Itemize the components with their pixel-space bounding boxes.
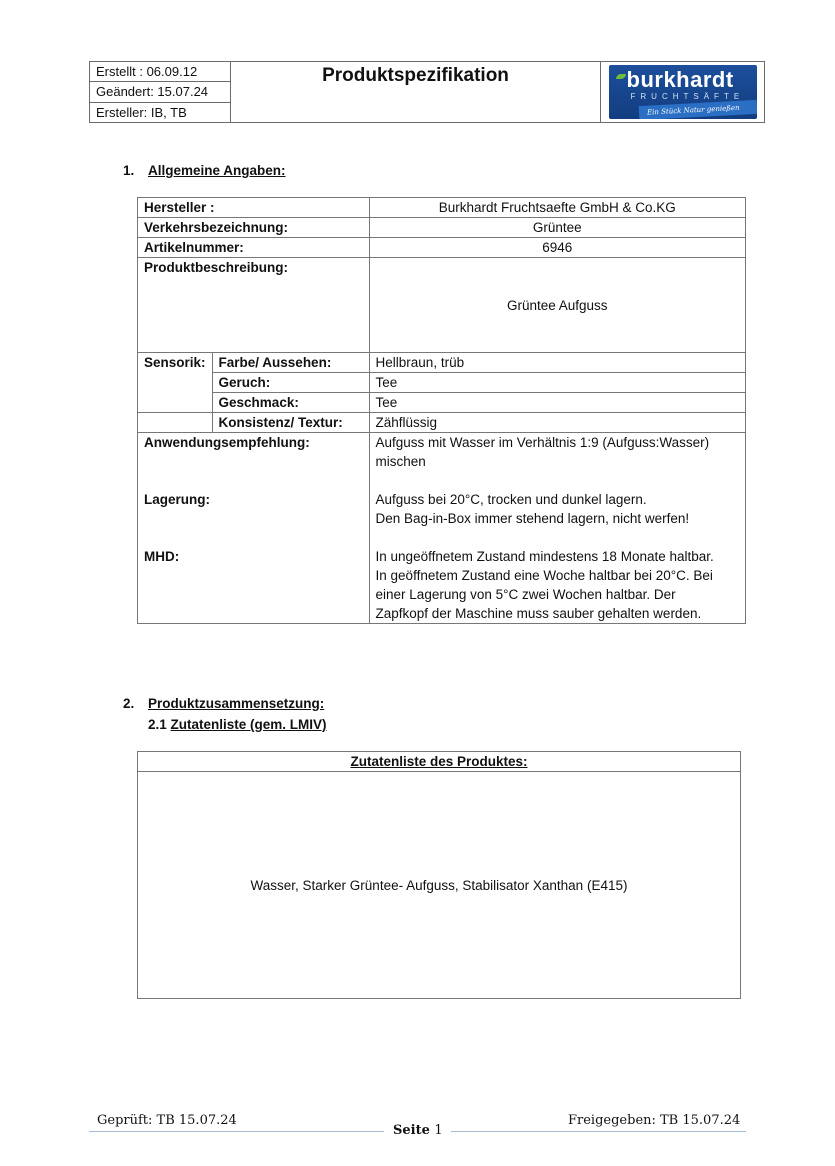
table-row: Wasser, Starker Grüntee- Aufguss, Stabil… [138, 772, 741, 999]
logo-slogan: Ein Stück Natur genießen [638, 100, 756, 119]
usage-storage-mhd-values: Aufguss mit Wasser im Verhältnis 1:9 (Au… [369, 433, 745, 624]
ingredients-header: Zutatenliste des Produktes: [138, 752, 741, 772]
logo-subtitle: FRUCHTSÄFTE [631, 92, 745, 101]
footer-line-right [451, 1131, 746, 1132]
table-row: Zutatenliste des Produktes: [138, 752, 741, 772]
table-row: Artikelnummer: 6946 [138, 238, 746, 258]
shelf-life-line: In ungeöffnetem Zustand mindestens 18 Mo… [376, 547, 739, 566]
section-title: Produktzusammensetzung: [148, 696, 324, 711]
table-row: Konsistenz/ Textur: Zähflüssig [138, 413, 746, 433]
sensory-item-value: Tee [369, 393, 745, 413]
footer-checked: Geprüft: TB 15.07.24 [97, 1113, 237, 1128]
usage-storage-mhd-labels: Anwendungsempfehlung: Lagerung: MHD: [138, 433, 370, 624]
page-number: 1 [434, 1123, 442, 1138]
subsection-2-1-heading: 2.1 Zutatenliste (gem. LMIV) [148, 717, 327, 732]
trade-name-value: Grüntee [369, 218, 745, 238]
footer-line-left [89, 1131, 384, 1132]
section-number: 2. [123, 696, 148, 711]
section-number: 1. [123, 163, 148, 178]
ingredients-table: Zutatenliste des Produktes: Wasser, Star… [137, 751, 741, 999]
description-label: Produktbeschreibung: [138, 258, 370, 353]
ingredients-list: Wasser, Starker Grüntee- Aufguss, Stabil… [138, 772, 741, 999]
storage-label: Lagerung: [144, 490, 363, 509]
usage-label: Anwendungsempfehlung: [144, 433, 363, 452]
sensory-item-value: Tee [369, 373, 745, 393]
storage-line: Den Bag-in-Box immer stehend lagern, nic… [376, 509, 739, 528]
sensory-item-label: Konsistenz/ Textur: [212, 413, 369, 433]
table-row: Geruch: Tee [138, 373, 746, 393]
changed-date: Geändert: 15.07.24 [90, 82, 230, 102]
general-info-table: Hersteller : Burkhardt Fruchtsaefte GmbH… [137, 197, 746, 624]
storage-line: Aufguss bei 20°C, trocken und dunkel lag… [376, 490, 739, 509]
trade-name-label: Verkehrsbezeichnung: [138, 218, 370, 238]
author: Ersteller: IB, TB [90, 103, 230, 122]
table-row: Hersteller : Burkhardt Fruchtsaefte GmbH… [138, 198, 746, 218]
section-1-heading: 1.Allgemeine Angaben: [123, 163, 286, 178]
description-value: Grüntee Aufguss [369, 258, 745, 353]
table-row: Sensorik: Farbe/ Aussehen: Hellbraun, tr… [138, 353, 746, 373]
table-row: Verkehrsbezeichnung: Grüntee [138, 218, 746, 238]
logo-brand: burkhardt [627, 67, 734, 93]
sensory-item-value: Zähflüssig [369, 413, 745, 433]
document-header: Erstellt : 06.09.12 Geändert: 15.07.24 E… [89, 61, 765, 123]
subsection-number: 2.1 [148, 717, 167, 732]
table-row: Anwendungsempfehlung: Lagerung: MHD: Auf… [138, 433, 746, 624]
manufacturer-label: Hersteller : [138, 198, 370, 218]
sensory-item-value: Hellbraun, trüb [369, 353, 745, 373]
logo-cell: burkhardt FRUCHTSÄFTE Ein Stück Natur ge… [601, 62, 764, 122]
table-row: Geschmack: Tee [138, 393, 746, 413]
subsection-title: Zutatenliste (gem. LMIV) [171, 717, 327, 732]
sensory-item-label: Geruch: [212, 373, 369, 393]
shelf-life-line: Zapfkopf der Maschine muss sauber gehalt… [376, 604, 739, 623]
manufacturer-value: Burkhardt Fruchtsaefte GmbH & Co.KG [369, 198, 745, 218]
footer-page: Seite 1 [393, 1123, 443, 1138]
footer-released: Freigegeben: TB 15.07.24 [568, 1113, 740, 1128]
created-date: Erstellt : 06.09.12 [90, 62, 230, 82]
sensory-item-label: Farbe/ Aussehen: [212, 353, 369, 373]
shelf-life-line: einer Lagerung von 5°C zwei Wochen haltb… [376, 585, 739, 604]
sensory-label: Sensorik: [138, 353, 213, 413]
header-meta: Erstellt : 06.09.12 Geändert: 15.07.24 E… [90, 62, 231, 122]
document-title: Produktspezifikation [231, 62, 601, 122]
usage-line: mischen [376, 452, 739, 471]
leaf-icon [616, 74, 626, 79]
sensory-item-label: Geschmack: [212, 393, 369, 413]
shelf-life-label: MHD: [144, 547, 363, 566]
section-title: Allgemeine Angaben: [148, 163, 286, 178]
sensory-empty-cell [138, 413, 213, 433]
table-row: Produktbeschreibung: Grüntee Aufguss [138, 258, 746, 353]
article-number-label: Artikelnummer: [138, 238, 370, 258]
article-number-value: 6946 [369, 238, 745, 258]
page-label: Seite [393, 1123, 430, 1138]
shelf-life-line: In geöffnetem Zustand eine Woche haltbar… [376, 566, 739, 585]
burkhardt-logo: burkhardt FRUCHTSÄFTE Ein Stück Natur ge… [609, 65, 757, 119]
section-2-heading: 2.Produktzusammensetzung: [123, 696, 324, 711]
usage-line: Aufguss mit Wasser im Verhältnis 1:9 (Au… [376, 433, 739, 452]
